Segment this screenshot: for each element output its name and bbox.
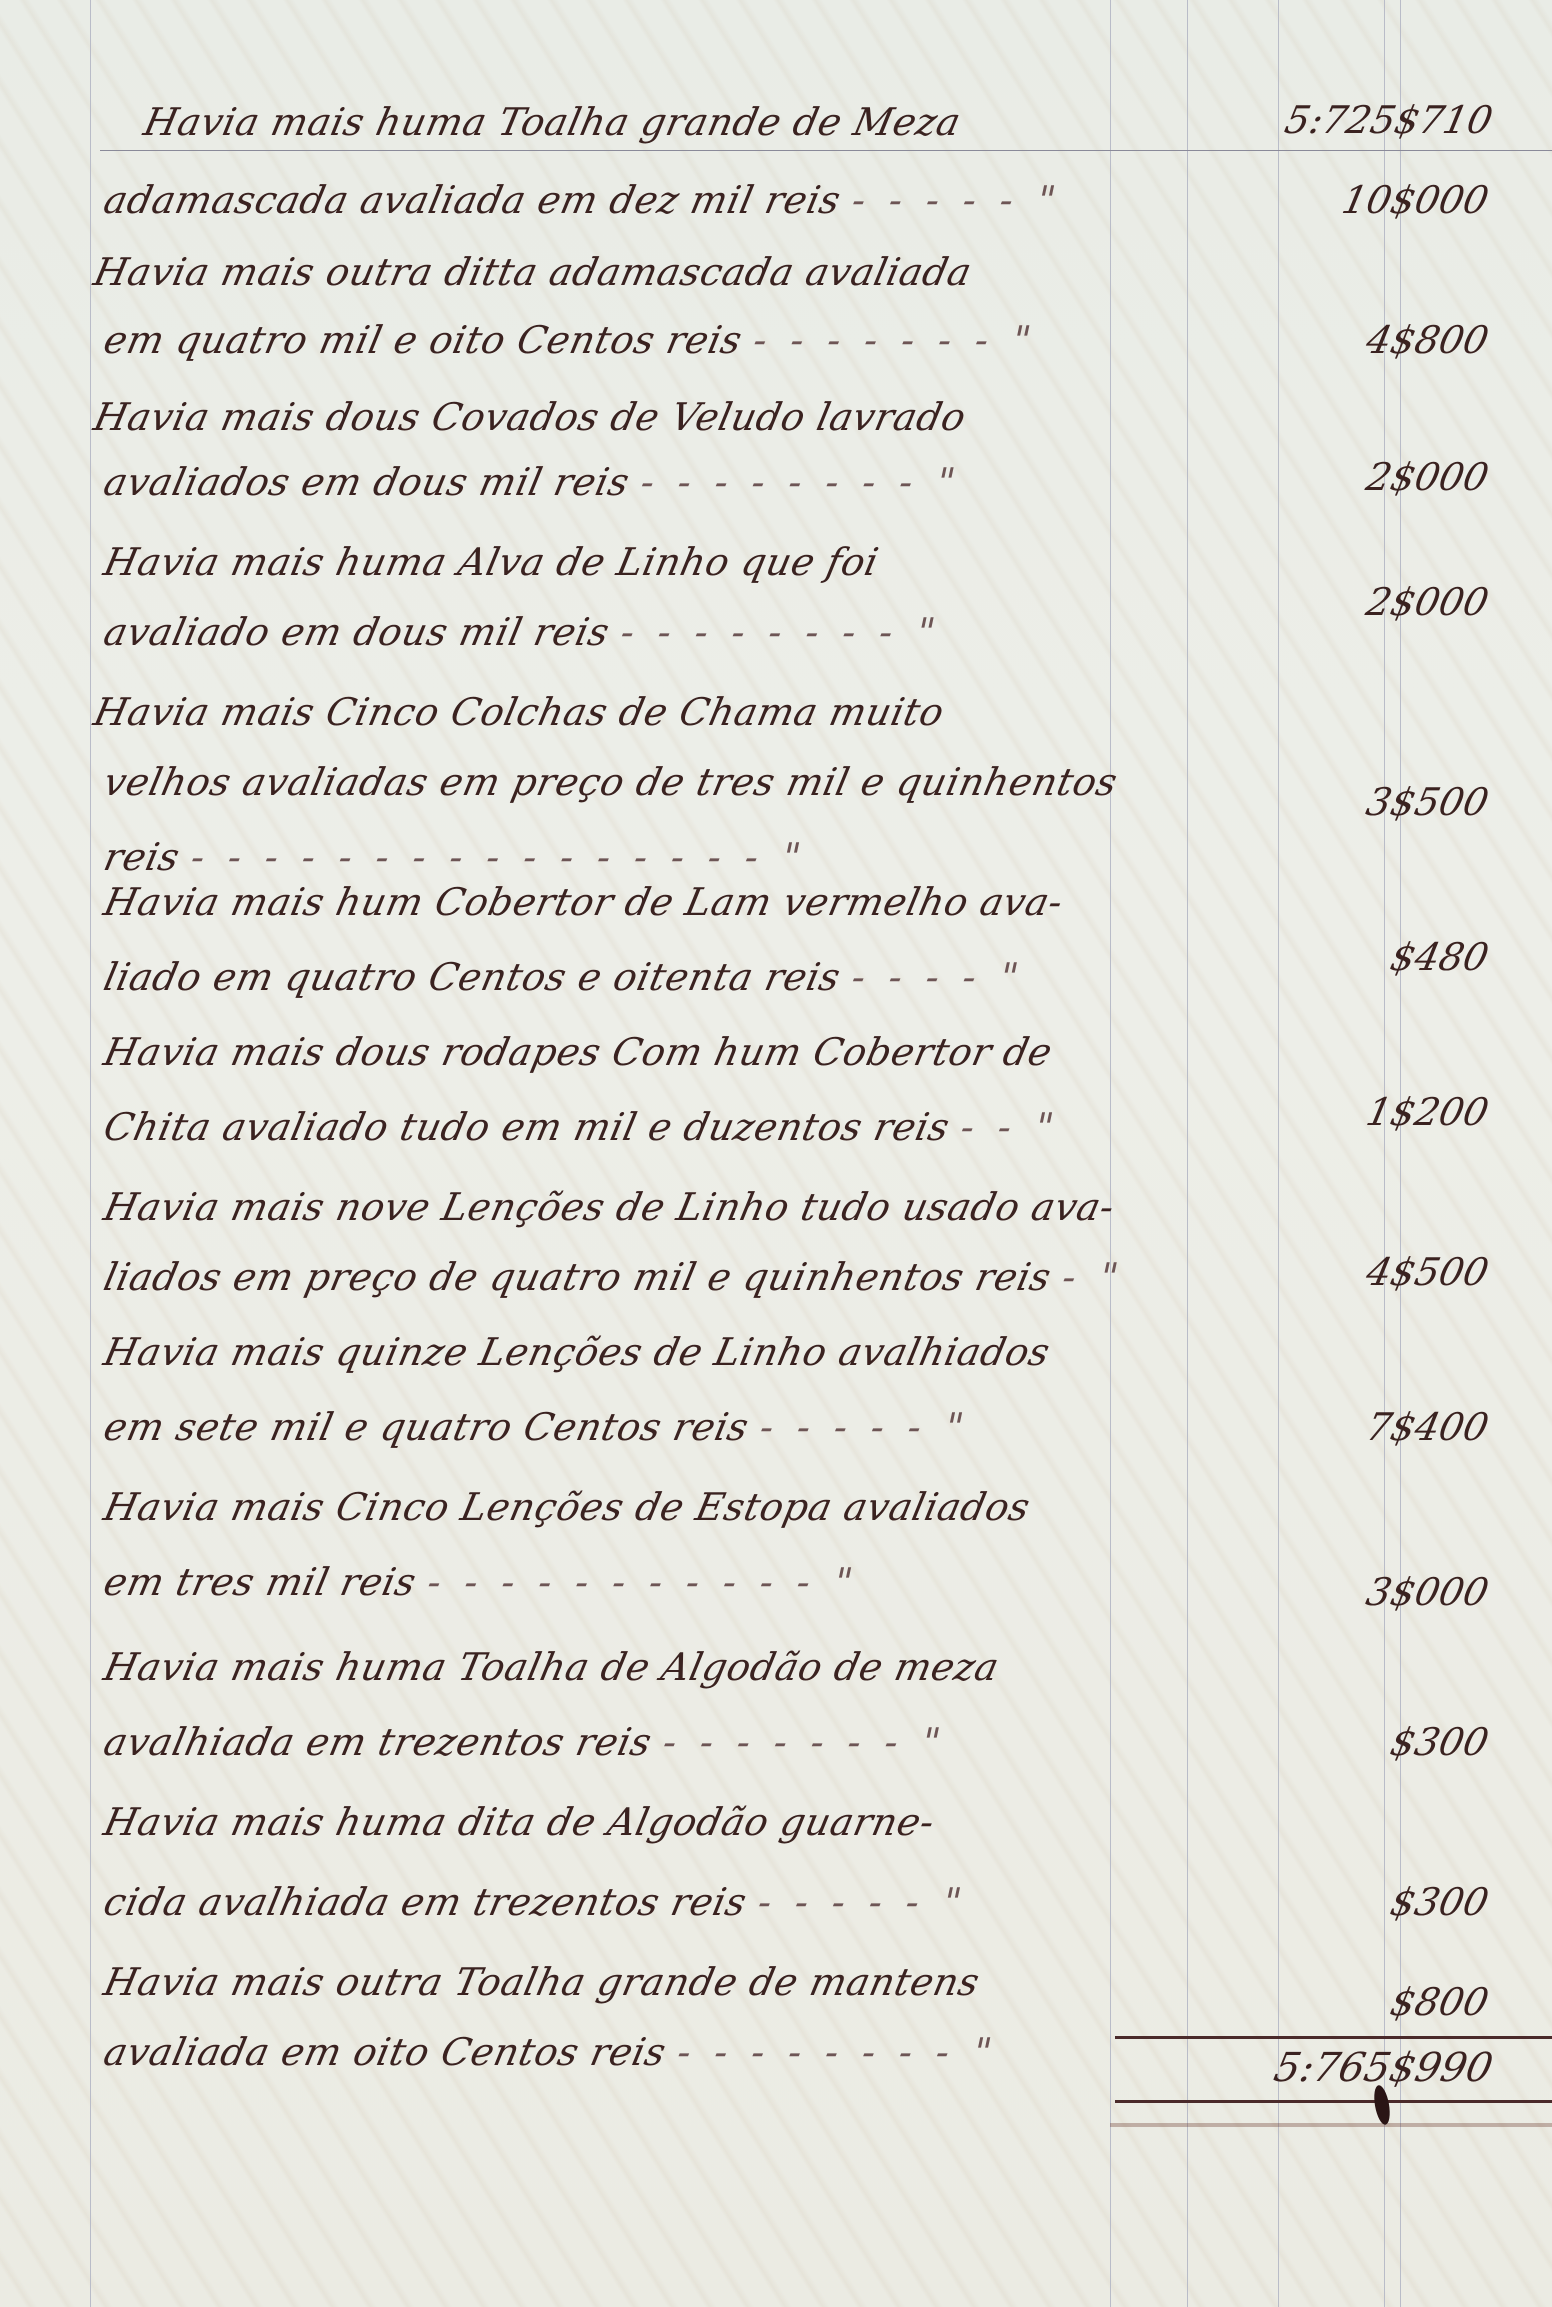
amount: 10$000 bbox=[1243, 178, 1492, 222]
entry-line: Havia mais huma Toalha de Algodão de mez… bbox=[100, 1645, 1003, 1689]
entry-line: avalhiada em trezentos reis - - - - - - … bbox=[100, 1720, 950, 1764]
entry-line: Havia mais outra ditta adamascada avalia… bbox=[90, 250, 976, 294]
amount: $800 bbox=[1243, 1980, 1492, 2024]
entry-line: velhos avaliadas em preço de tres mil e … bbox=[100, 760, 1121, 804]
entry-line: liado em quatro Centos e oitenta reis - … bbox=[100, 955, 1028, 999]
carried-forward-amount: 5:725$710 bbox=[1247, 98, 1496, 142]
entry-line: Havia mais Cinco Lenções de Estopa avali… bbox=[100, 1485, 1034, 1529]
entry-line: em tres mil reis - - - - - - - - - - - " bbox=[100, 1560, 862, 1604]
amount: $300 bbox=[1243, 1720, 1492, 1764]
total-amount: 5:765$990 bbox=[1167, 2045, 1497, 2091]
amount: $480 bbox=[1243, 935, 1492, 979]
entry-line: em sete mil e quatro Centos reis - - - -… bbox=[100, 1405, 973, 1449]
entry-line: avaliada em oito Centos reis - - - - - -… bbox=[100, 2030, 1002, 2074]
amount: 3$000 bbox=[1243, 1570, 1492, 1614]
amount: 3$500 bbox=[1243, 780, 1492, 824]
entry-line: avaliados em dous mil reis - - - - - - -… bbox=[100, 460, 965, 504]
ledger-page: Havia mais huma Toalha grande de Meza ad… bbox=[0, 0, 1552, 2307]
header-underline bbox=[100, 150, 1552, 151]
amount: 4$800 bbox=[1243, 318, 1492, 362]
total-rule-shadow bbox=[1110, 2123, 1552, 2127]
total-rule-top bbox=[1115, 2036, 1552, 2039]
entry-line: avaliado em dous mil reis - - - - - - - … bbox=[100, 610, 945, 654]
left-margin-rule bbox=[90, 0, 91, 2307]
entry-line: Havia mais Cinco Colchas de Chama muito bbox=[90, 690, 948, 734]
entry-line: Havia mais dous Covados de Veludo lavrad… bbox=[90, 395, 970, 439]
amount: 2$000 bbox=[1243, 580, 1492, 624]
entry-line: Havia mais dous rodapes Com hum Cobertor… bbox=[100, 1030, 1056, 1074]
entry-line: liados em preço de quatro mil e quinhent… bbox=[100, 1255, 1128, 1299]
amount: 7$400 bbox=[1243, 1405, 1492, 1449]
entry-line: Havia mais hum Cobertor de Lam vermelho … bbox=[100, 880, 1067, 924]
entry-line: Havia mais huma dita de Algodão guarne- bbox=[100, 1800, 939, 1844]
entry-line: cida avalhiada em trezentos reis - - - -… bbox=[100, 1880, 971, 1924]
entry-line: Havia mais quinze Lenções de Linho avalh… bbox=[100, 1330, 1054, 1374]
column-rule-2 bbox=[1187, 0, 1188, 2307]
amount: 1$200 bbox=[1243, 1090, 1492, 1134]
total-rule-bottom bbox=[1115, 2100, 1552, 2103]
entry-line: em quatro mil e oito Centos reis - - - -… bbox=[100, 318, 1041, 362]
amount: $300 bbox=[1243, 1880, 1492, 1924]
entry-line: adamascada avaliada em dez mil reis - - … bbox=[100, 178, 1065, 222]
entry-line: Havia mais huma Alva de Linho que foi bbox=[100, 540, 883, 584]
column-rule-1 bbox=[1110, 0, 1111, 2307]
entry-line: Havia mais outra Toalha grande de manten… bbox=[100, 1960, 984, 2004]
entry-line: Havia mais nove Lenções de Linho tudo us… bbox=[100, 1185, 1118, 1229]
amount: 2$000 bbox=[1243, 455, 1492, 499]
entry-line: Havia mais huma Toalha grande de Meza bbox=[140, 100, 965, 144]
entry-line: Chita avaliado tudo em mil e duzentos re… bbox=[100, 1105, 1063, 1149]
entry-line: reis - - - - - - - - - - - - - - - - " bbox=[100, 835, 810, 879]
amount: 4$500 bbox=[1243, 1250, 1492, 1294]
